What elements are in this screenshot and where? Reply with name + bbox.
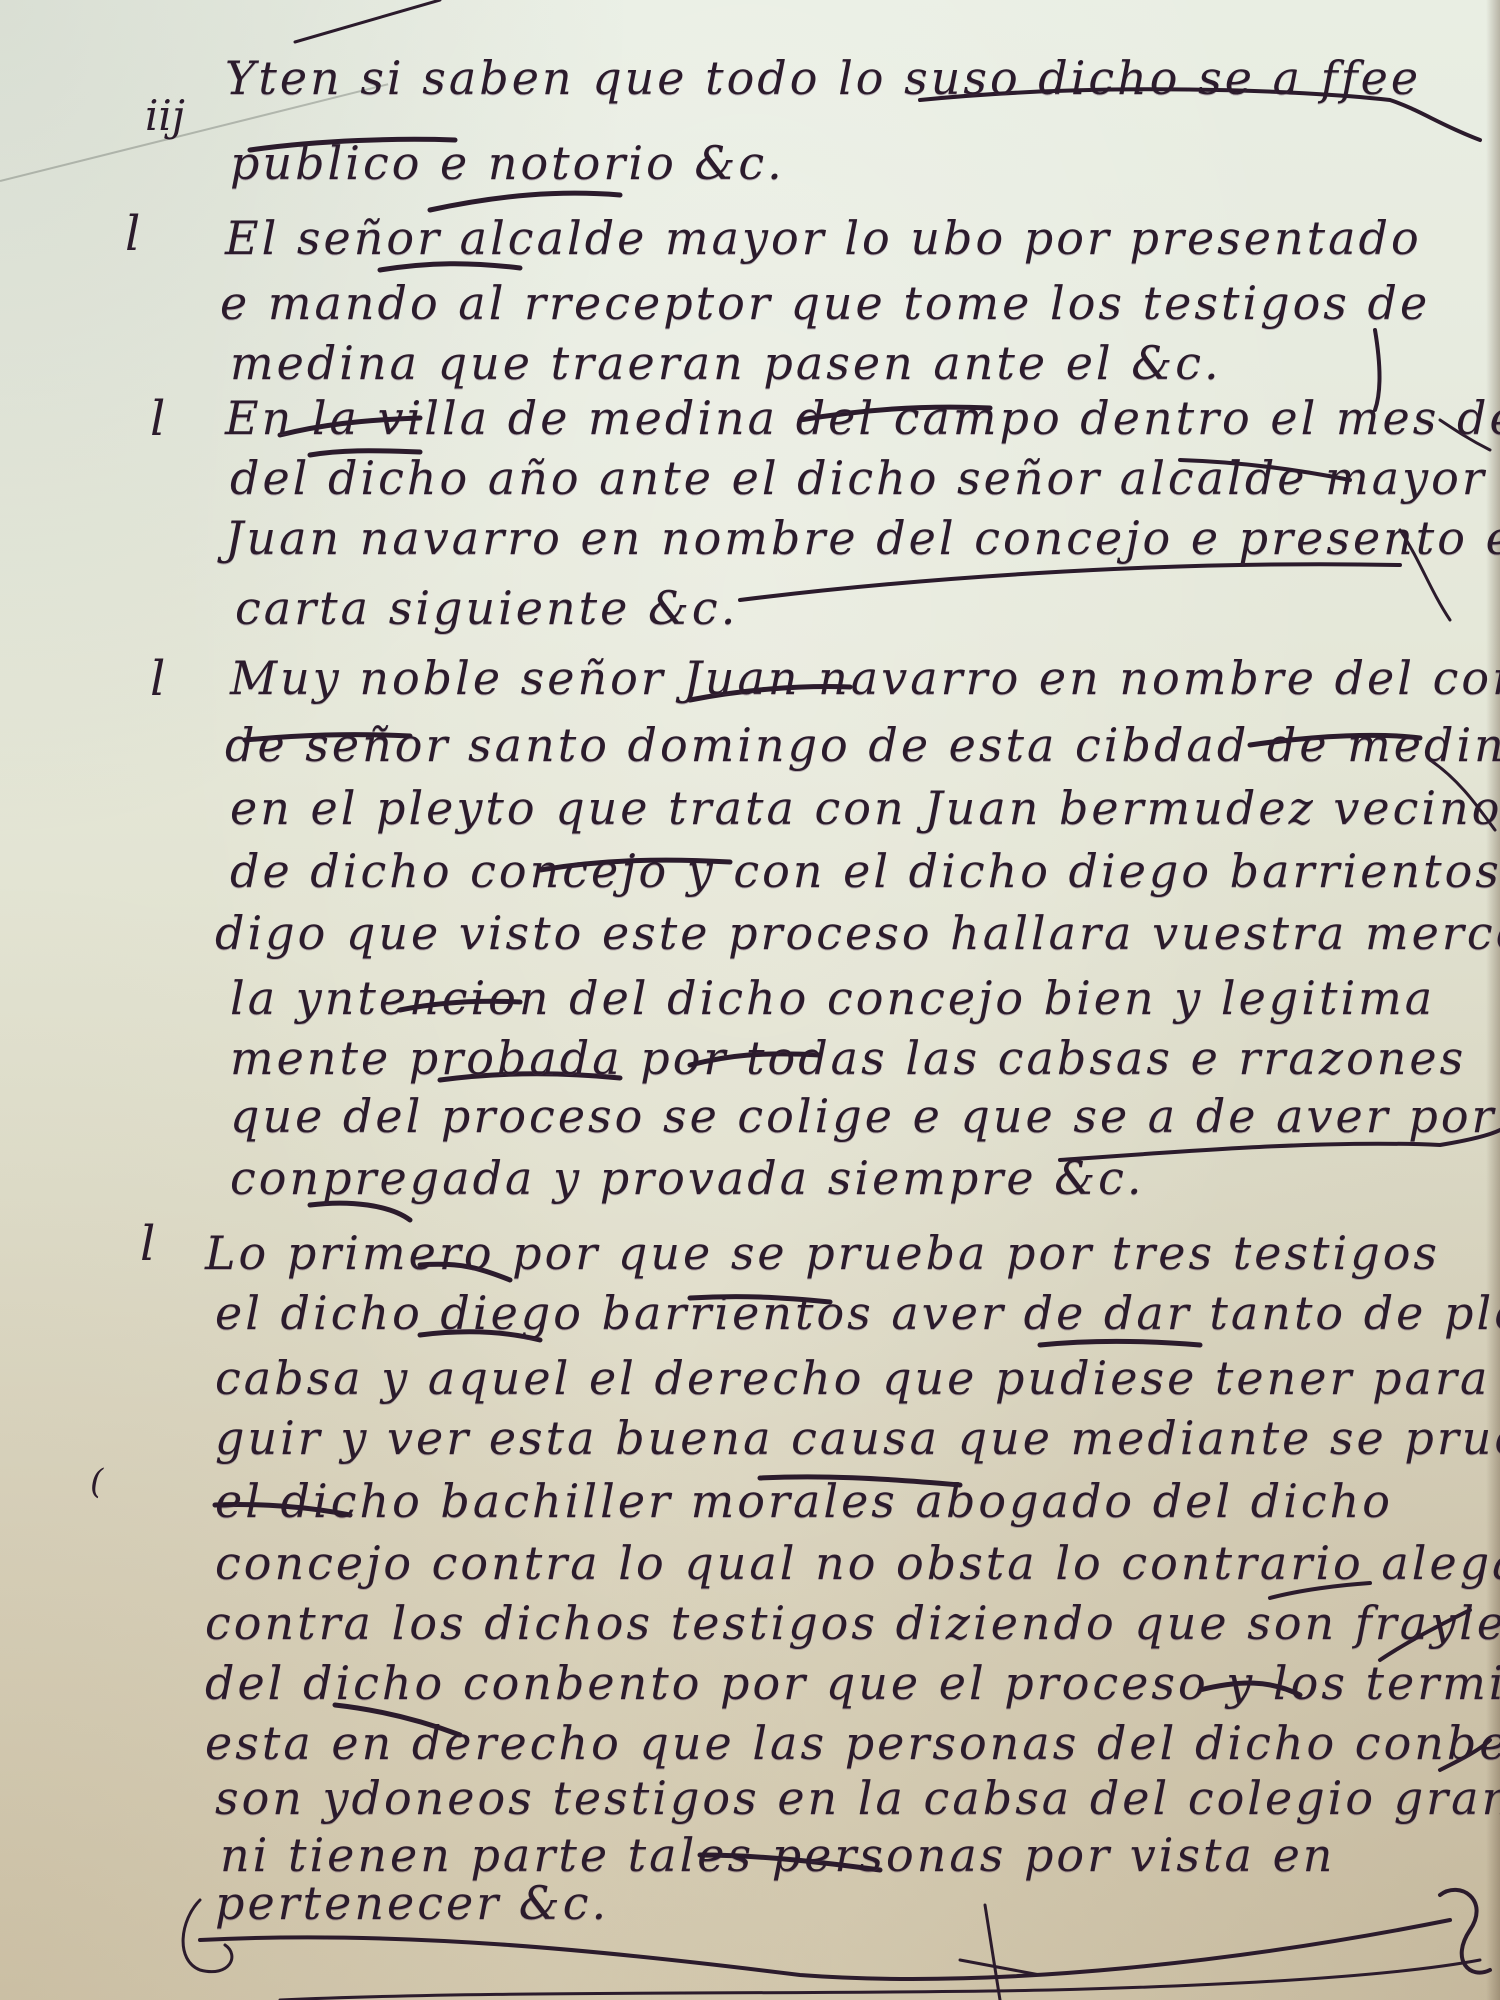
margin-mark: l — [125, 210, 140, 258]
margin-mark: l — [150, 395, 165, 443]
manuscript-line: Lo primero por que se prueba por tres te… — [205, 1230, 1440, 1276]
manuscript-line: Muy noble señor Juan navarro en nombre d… — [230, 655, 1500, 701]
manuscript-line: de señor santo domingo de esta cibdad de… — [225, 722, 1500, 768]
margin-mark: l — [140, 1220, 155, 1268]
manuscript-line: en el pleyto que trata con Juan bermudez… — [230, 785, 1500, 831]
margin-mark: l — [150, 655, 165, 703]
manuscript-line: contra los dichos testigos diziendo que … — [205, 1600, 1500, 1646]
margin-mark-item-count: iij — [145, 95, 185, 137]
manuscript-page: iij l l l l ( Yten si saben que todo lo … — [0, 0, 1500, 2000]
margin-mark: ( — [90, 1465, 103, 1499]
manuscript-line: Yten si saben que todo lo suso dicho se … — [225, 55, 1421, 101]
manuscript-line: ni tienen parte tales personas por vista… — [220, 1832, 1335, 1878]
manuscript-line: de dicho concejo y con el dicho diego ba… — [230, 848, 1500, 894]
manuscript-line: digo que visto este proceso hallara vues… — [215, 910, 1500, 956]
manuscript-line: el dicho bachiller morales abogado del d… — [215, 1478, 1393, 1524]
manuscript-line: guir y ver esta buena causa que mediante… — [215, 1415, 1500, 1461]
manuscript-line: del dicho año ante el dicho señor alcald… — [230, 455, 1500, 501]
manuscript-line: del dicho conbento por que el proceso y … — [205, 1660, 1500, 1706]
manuscript-line: la yntencion del dicho concejo bien y le… — [230, 975, 1435, 1021]
manuscript-line: conpregada y provada siempre &c. — [230, 1155, 1145, 1201]
manuscript-line: mente probada por todas las cabsas e rra… — [230, 1035, 1466, 1081]
manuscript-line: pertenecer &c. — [215, 1880, 609, 1926]
manuscript-line: carta siguiente &c. — [235, 585, 738, 631]
manuscript-line: Juan navarro en nombre del concejo e pre… — [225, 515, 1500, 561]
manuscript-line: el dicho diego barrientos aver de dar ta… — [215, 1290, 1500, 1336]
manuscript-line: publico e notorio &c. — [230, 140, 785, 186]
manuscript-line: esta en derecho que las personas del dic… — [205, 1720, 1500, 1766]
manuscript-line: que del proceso se colige e que se a de … — [230, 1093, 1497, 1139]
manuscript-line: En la villa de medina del campo dentro e… — [225, 395, 1500, 441]
manuscript-line: concejo contra lo qual no obsta lo contr… — [215, 1540, 1500, 1586]
manuscript-line: e mando al rreceptor que tome los testig… — [220, 280, 1430, 326]
manuscript-line: El señor alcalde mayor lo ubo por presen… — [225, 215, 1422, 261]
manuscript-line: cabsa y aquel el derecho que pudiese ten… — [215, 1355, 1500, 1401]
manuscript-line: medina que traeran pasen ante el &c. — [230, 340, 1222, 386]
manuscript-line: son ydoneos testigos en la cabsa del col… — [215, 1775, 1500, 1821]
